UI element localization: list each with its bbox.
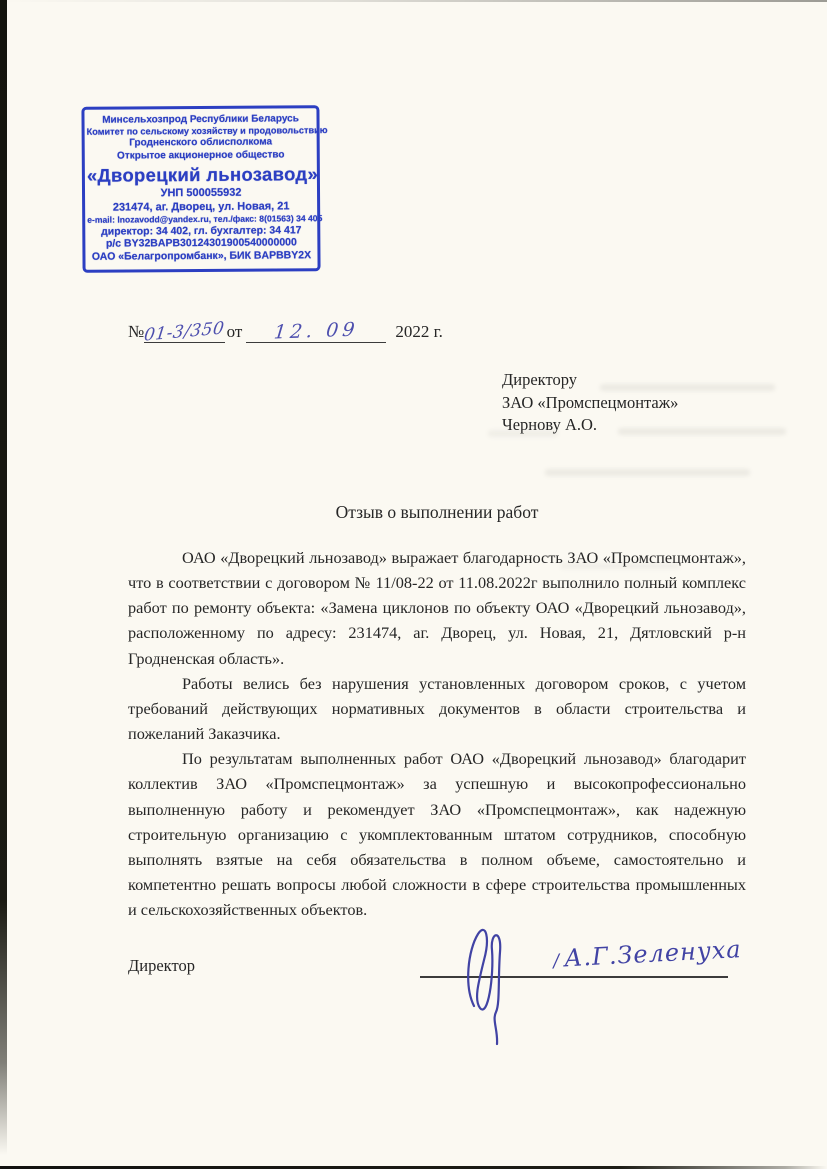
- ref-number-handwritten: 01-3/350: [143, 318, 226, 345]
- body-paragraph: ОАО «Дворецкий льнозавод» выражает благо…: [128, 545, 746, 671]
- ref-number-blank: 01-3/350: [144, 322, 224, 343]
- signature-separator: /: [553, 951, 561, 972]
- corporate-stamp: Минсельхозпрод Республики Беларусь Комит…: [81, 105, 320, 273]
- addressee-role: Директору: [502, 369, 678, 392]
- scan-edge-left: [0, 0, 7, 1155]
- bleed-through-mark: [545, 469, 750, 476]
- stamp-org-name: «Дворецкий льнозавод»: [87, 163, 315, 187]
- signature-role: Директор: [128, 956, 195, 976]
- ref-date-handwritten: 12. 09: [273, 318, 360, 343]
- signature-name-text: А.Г.Зеленуха: [563, 935, 742, 972]
- addressee-block: Директору ЗАО «Промспецмонтаж» Чернову А…: [502, 369, 678, 437]
- addressee-person: Чернову А.О.: [502, 414, 678, 437]
- addressee-company: ЗАО «Промспецмонтаж»: [502, 392, 678, 415]
- ref-from-label: от: [227, 322, 243, 342]
- ref-year: 2022 г.: [395, 322, 443, 342]
- letter-title: Отзыв о выполнении работ: [128, 502, 746, 523]
- letter-body: ОАО «Дворецкий льнозавод» выражает благо…: [128, 545, 746, 922]
- ref-date-blank: 12. 09: [246, 320, 386, 343]
- body-paragraph: По результатам выполненных работ ОАО «Дв…: [128, 746, 746, 922]
- scanned-letter-page: Минсельхозпрод Республики Беларусь Комит…: [0, 0, 827, 1169]
- handwritten-signature-icon: [450, 916, 540, 1046]
- stamp-orgtype-line: Открытое акционерное общество: [87, 149, 315, 163]
- reference-line: № 01-3/350 от 12. 09 2022 г.: [128, 320, 443, 343]
- body-paragraph: Работы велись без нарушения установленны…: [128, 671, 746, 746]
- stamp-bank-name: ОАО «Белагропромбанк», БИК BAPBBY2X: [87, 249, 315, 263]
- ref-no-label: №: [128, 322, 144, 342]
- signature-name-handwritten: /А.Г.Зеленуха: [552, 935, 742, 973]
- scan-edge-top: [0, 0, 827, 2]
